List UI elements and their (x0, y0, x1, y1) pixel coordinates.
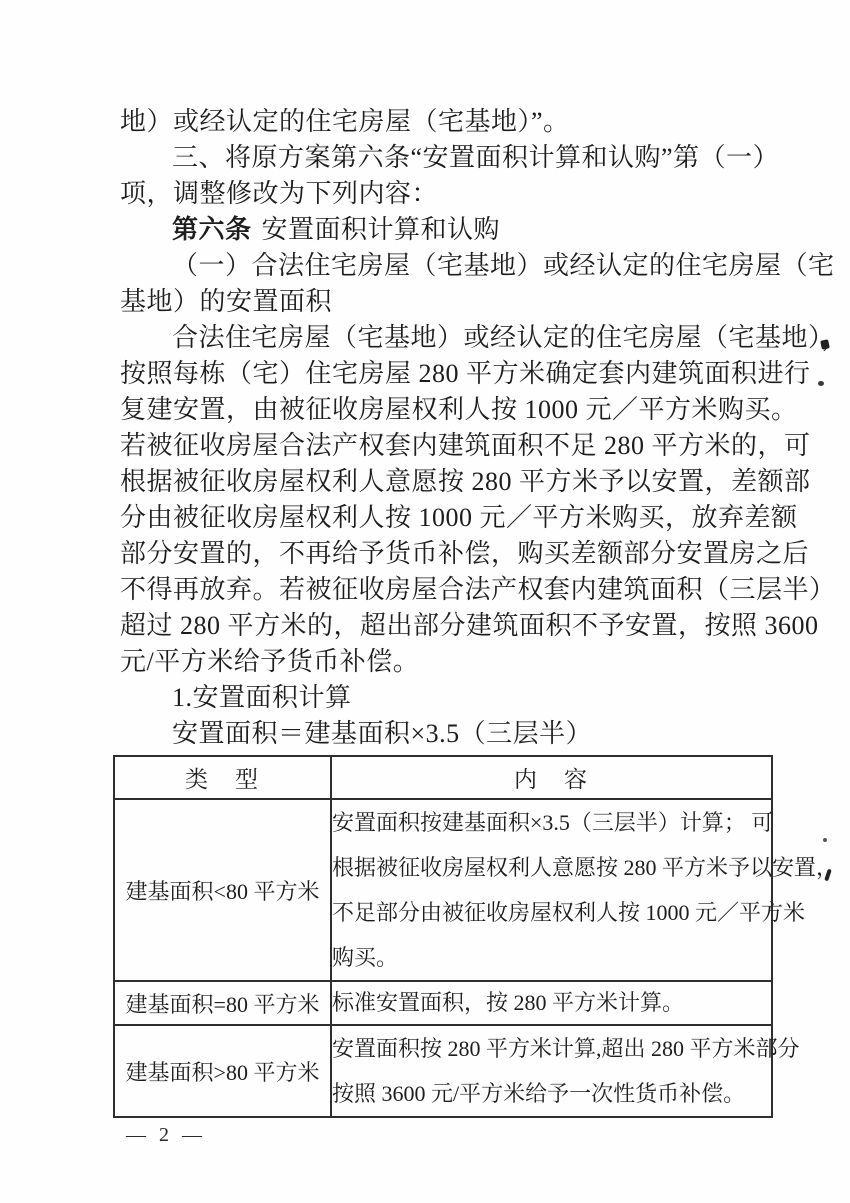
text-line: 分由被征收房屋权利人按 1000 元／平方米购买，放弃差额 (120, 500, 765, 536)
text-line: 若被征收房屋合法产权套内建筑面积不足 280 平方米的，可 (120, 428, 765, 464)
text-line: 按照每栋（宅）住宅房屋 280 平方米确定套内建筑面积进行 (120, 356, 765, 392)
table-cell-content: 标准安置面积，按 280 平方米计算。 (331, 981, 772, 1025)
table-row: 建基面积=80 平方米 标准安置面积，按 280 平方米计算。 (114, 981, 772, 1025)
table-cell-type: 建基面积<80 平方米 (114, 799, 331, 981)
document-page: 地）或经认定的住宅房屋（宅基地）”。 三、将原方案第六条“安置面积计算和认购”第… (0, 0, 850, 1203)
scan-speck (818, 381, 824, 386)
text-line: 地）或经认定的住宅房屋（宅基地）”。 (120, 104, 765, 140)
page-number: — 2 — (126, 1124, 206, 1147)
text-line: 1.安置面积计算 (120, 680, 765, 716)
table-content-line: 不足部分由被征收房屋权利人按 1000 元／平方米 (332, 890, 771, 935)
scan-speck (820, 339, 830, 349)
resettlement-area-table: 类 型 内 容 建基面积<80 平方米 安置面积按建基面积×3.5（三层半）计算… (113, 755, 773, 1118)
text-line: 合法住宅房屋（宅基地）或经认定的住宅房屋（宅基地）， (120, 320, 765, 356)
text-line-article-heading: 第六条安置面积计算和认购 (120, 212, 765, 248)
text-line: （一）合法住宅房屋（宅基地）或经认定的住宅房屋（宅 (120, 248, 765, 284)
text-line: 超过 280 平方米的，超出部分建筑面积不予安置，按照 3600 (120, 608, 765, 644)
text-line-formula: 安置面积＝建基面积×3.5（三层半） (120, 716, 765, 752)
table-row: 建基面积>80 平方米 安置面积按 280 平方米计算,超出 280 平方米部分… (114, 1025, 772, 1117)
text-line: 元/平方米给予货币补偿。 (120, 644, 765, 680)
table-content-line: 按照 3600 元/平方米给予一次性货币补偿。 (332, 1071, 771, 1116)
table-header-row: 类 型 内 容 (114, 756, 772, 799)
table-content-line: 根据被征收房屋权利人意愿按 280 平方米予以安置， (332, 845, 771, 890)
article-number: 第六条 (172, 215, 252, 244)
body-text-block: 地）或经认定的住宅房屋（宅基地）”。 三、将原方案第六条“安置面积计算和认购”第… (120, 104, 765, 752)
scan-speck (823, 838, 827, 842)
text-line: 项，调整修改为下列内容： (120, 176, 765, 212)
text-line: 复建安置，由被征收房屋权利人按 1000 元／平方米购买。 (120, 392, 765, 428)
table-content-line: 安置面积按 280 平方米计算,超出 280 平方米部分 (332, 1026, 771, 1071)
table-cell-type: 建基面积=80 平方米 (114, 981, 331, 1025)
table-cell-content: 安置面积按建基面积×3.5（三层半）计算； 可 根据被征收房屋权利人意愿按 28… (331, 799, 772, 981)
text-line: 基地）的安置面积 (120, 284, 765, 320)
text-line: 部分安置的，不再给予货币补偿，购买差额部分安置房之后 (120, 536, 765, 572)
table-row: 建基面积<80 平方米 安置面积按建基面积×3.5（三层半）计算； 可 根据被征… (114, 799, 772, 981)
table-content-line: 购买。 (332, 935, 771, 980)
table-header-content: 内 容 (331, 756, 772, 799)
table-content-line: 安置面积按建基面积×3.5（三层半）计算； 可 (332, 800, 771, 845)
article-title: 安置面积计算和认购 (262, 215, 501, 244)
table-cell-type: 建基面积>80 平方米 (114, 1025, 331, 1117)
text-line: 三、将原方案第六条“安置面积计算和认购”第（一） (120, 140, 765, 176)
text-line: 根据被征收房屋权利人意愿按 280 平方米予以安置，差额部 (120, 464, 765, 500)
table-cell-content: 安置面积按 280 平方米计算,超出 280 平方米部分 按照 3600 元/平… (331, 1025, 772, 1117)
table-header-type: 类 型 (114, 756, 331, 799)
text-line: 不得再放弃。若被征收房屋合法产权套内建筑面积（三层半） (120, 572, 765, 608)
